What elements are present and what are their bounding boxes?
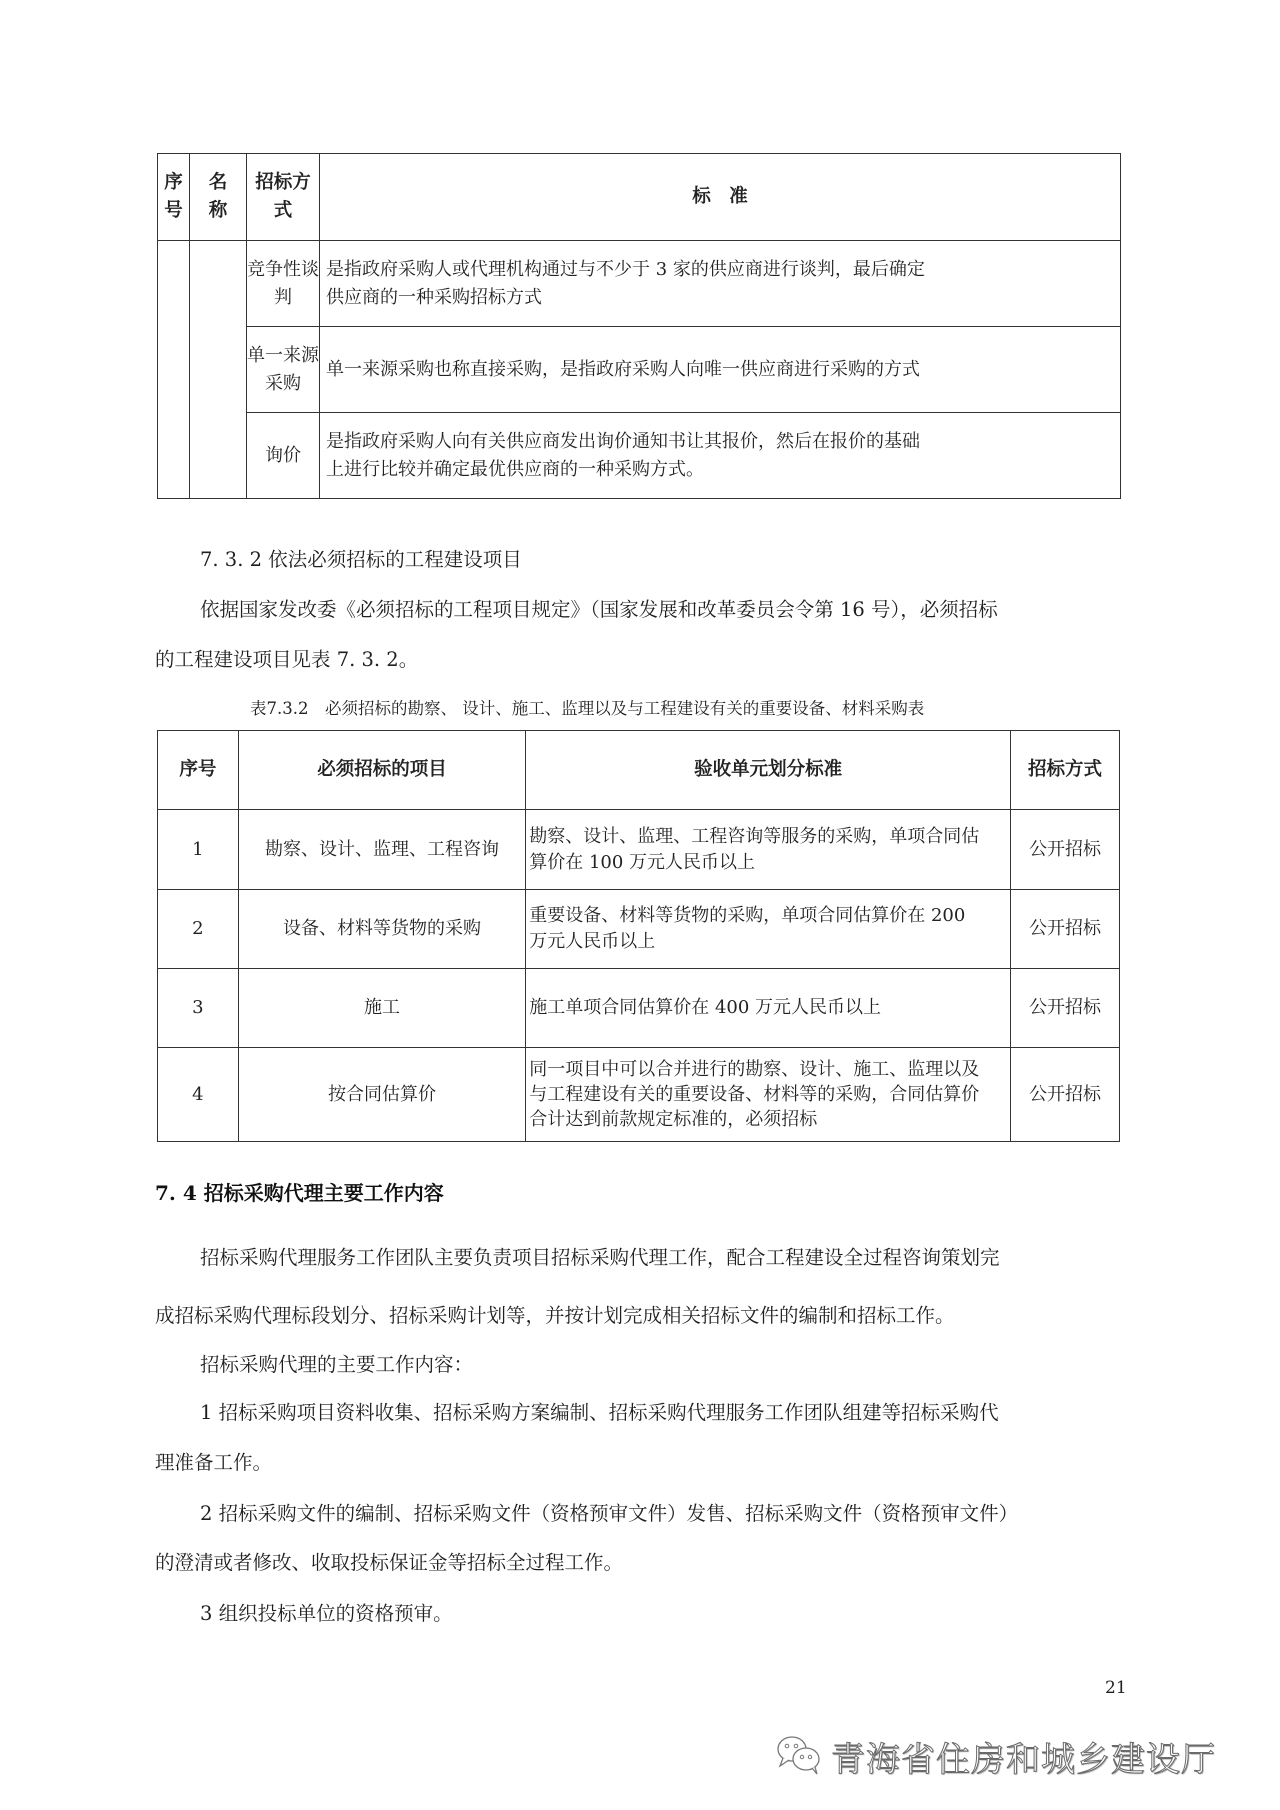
- standard-line: 勘察、设计、监理、工程咨询等服务的采购，单项合同估: [529, 824, 1007, 850]
- standard-line: 上进行比较并确定最优供应商的一种采购方式。: [326, 456, 1114, 484]
- list-item-2-cont: 的澄清或者修改、收取投标保证金等招标全过程工作。: [155, 1550, 623, 1576]
- list-item-1: 1 招标采购项目资料收集、招标采购方案编制、招标采购代理服务工作团队组建等招标采…: [200, 1400, 999, 1426]
- cell-standard: 同一项目中可以合并进行的勘察、设计、施工、监理以及 与工程建设有关的重要设备、材…: [526, 1048, 1011, 1142]
- list-item-2: 2 招标采购文件的编制、招标采购文件（资格预审文件）发售、招标采购文件（资格预审…: [200, 1501, 1018, 1527]
- section-heading-7-3-2: 7. 3. 2 依法必须招标的工程建设项目: [200, 547, 522, 573]
- cell-project: 施工: [238, 969, 525, 1048]
- standard-line: 算价在 100 万元人民币以上: [529, 850, 1007, 876]
- standard-line: 同一项目中可以合并进行的勘察、设计、施工、监理以及: [529, 1057, 1007, 1082]
- table-header-row: 序号 名 称 招标方式 标 准: [158, 154, 1121, 241]
- table-row: 竞争性谈判 是指政府采购人或代理机构通过与不少于 3 家的供应商进行谈判，最后确…: [158, 241, 1121, 327]
- cell-name-empty: [190, 241, 247, 499]
- col-header-method: 招标方式: [247, 154, 320, 241]
- standard-line: 施工单项合同估算价在 400 万元人民币以上: [529, 995, 1007, 1021]
- cell-project: 设备、材料等货物的采购: [238, 890, 525, 969]
- cell-standard: 是指政府采购人或代理机构通过与不少于 3 家的供应商进行谈判，最后确定 供应商的…: [320, 241, 1121, 327]
- col-header-name: 名 称: [190, 154, 247, 241]
- standard-line: 是指政府采购人向有关供应商发出询价通知书让其报价，然后在报价的基础: [326, 428, 1114, 456]
- col-header-no: 序号: [158, 154, 190, 241]
- list-intro: 招标采购代理的主要工作内容：: [200, 1352, 473, 1378]
- cell-no: 1: [158, 810, 239, 890]
- cell-method: 询价: [247, 413, 320, 499]
- cell-method: 公开招标: [1011, 810, 1120, 890]
- table-row: 询价 是指政府采购人向有关供应商发出询价通知书让其报价，然后在报价的基础 上进行…: [158, 413, 1121, 499]
- standard-line: 与工程建设有关的重要设备、材料等的采购，合同估算价: [529, 1082, 1007, 1107]
- table-row: 单一来源采购 单一来源采购也称直接采购，是指政府采购人向唯一供应商进行采购的方式: [158, 327, 1121, 413]
- wechat-icon: [775, 1733, 823, 1781]
- table-caption: 表7.3.2 必须招标的勘察、 设计、施工、监理以及与工程建设有关的重要设备、材…: [250, 695, 924, 719]
- standard-line: 供应商的一种采购招标方式: [326, 284, 1114, 312]
- cell-no: 3: [158, 969, 239, 1048]
- cell-standard: 重要设备、材料等货物的采购，单项合同估算价在 200 万元人民币以上: [526, 890, 1011, 969]
- procurement-methods-table: 序号 名 称 招标方式 标 准 竞争性谈判 是指政府采购人或代理机构通过与不少于…: [157, 153, 1121, 499]
- paragraph-line: 依据国家发改委《必须招标的工程项目规定》（国家发展和改革委员会令第 16 号），…: [200, 597, 998, 623]
- list-item-3: 3 组织投标单位的资格预审。: [200, 1601, 453, 1627]
- cell-project: 按合同估算价: [238, 1048, 525, 1142]
- cell-method: 公开招标: [1011, 890, 1120, 969]
- cell-standard: 勘察、设计、监理、工程咨询等服务的采购，单项合同估 算价在 100 万元人民币以…: [526, 810, 1011, 890]
- cell-no: 4: [158, 1048, 239, 1142]
- cell-project: 勘察、设计、监理、工程咨询: [238, 810, 525, 890]
- cell-method: 单一来源采购: [247, 327, 320, 413]
- cell-method: 竞争性谈判: [247, 241, 320, 327]
- table-row: 3 施工 施工单项合同估算价在 400 万元人民币以上 公开招标: [158, 969, 1120, 1048]
- standard-line: 合计达到前款规定标准的，必须招标: [529, 1107, 1007, 1132]
- cell-standard: 是指政府采购人向有关供应商发出询价通知书让其报价，然后在报价的基础 上进行比较并…: [320, 413, 1121, 499]
- table-row: 2 设备、材料等货物的采购 重要设备、材料等货物的采购，单项合同估算价在 200…: [158, 890, 1120, 969]
- page-number: 21: [1105, 1678, 1127, 1698]
- cell-method: 公开招标: [1011, 969, 1120, 1048]
- col-header-standard: 标 准: [320, 154, 1121, 241]
- col-header-method: 招标方式: [1011, 731, 1120, 810]
- table-header-row: 序号 必须招标的项目 验收单元划分标准 招标方式: [158, 731, 1120, 810]
- standard-line: 万元人民币以上: [529, 929, 1007, 955]
- standard-line: 是指政府采购人或代理机构通过与不少于 3 家的供应商进行谈判，最后确定: [326, 256, 1114, 284]
- paragraph-line: 的工程建设项目见表 7. 3. 2。: [155, 647, 418, 673]
- cell-standard: 单一来源采购也称直接采购，是指政府采购人向唯一供应商进行采购的方式: [320, 327, 1121, 413]
- standard-line: 单一来源采购也称直接采购，是指政府采购人向唯一供应商进行采购的方式: [326, 356, 1114, 384]
- paragraph-line: 成招标采购代理标段划分、招标采购计划等，并按计划完成相关招标文件的编制和招标工作…: [155, 1303, 955, 1329]
- paragraph-line: 招标采购代理服务工作团队主要负责项目招标采购代理工作，配合工程建设全过程咨询策划…: [200, 1245, 1000, 1271]
- watermark-text: 青海省住房和城乡建设厅: [831, 1732, 1216, 1781]
- cell-no: 2: [158, 890, 239, 969]
- cell-method: 公开招标: [1011, 1048, 1120, 1142]
- col-header-project: 必须招标的项目: [238, 731, 525, 810]
- cell-no-empty: [158, 241, 190, 499]
- section-heading-7-4: 7. 4 招标采购代理主要工作内容: [155, 1177, 444, 1206]
- col-header-no: 序号: [158, 731, 239, 810]
- table-row: 4 按合同估算价 同一项目中可以合并进行的勘察、设计、施工、监理以及 与工程建设…: [158, 1048, 1120, 1142]
- standard-line: 重要设备、材料等货物的采购，单项合同估算价在 200: [529, 903, 1007, 929]
- table-row: 1 勘察、设计、监理、工程咨询 勘察、设计、监理、工程咨询等服务的采购，单项合同…: [158, 810, 1120, 890]
- watermark: 青海省住房和城乡建设厅: [775, 1732, 1216, 1781]
- list-item-1-cont: 理准备工作。: [155, 1450, 272, 1476]
- cell-standard: 施工单项合同估算价在 400 万元人民币以上: [526, 969, 1011, 1048]
- mandatory-tender-projects-table: 序号 必须招标的项目 验收单元划分标准 招标方式 1 勘察、设计、监理、工程咨询…: [157, 730, 1120, 1142]
- col-header-standard: 验收单元划分标准: [526, 731, 1011, 810]
